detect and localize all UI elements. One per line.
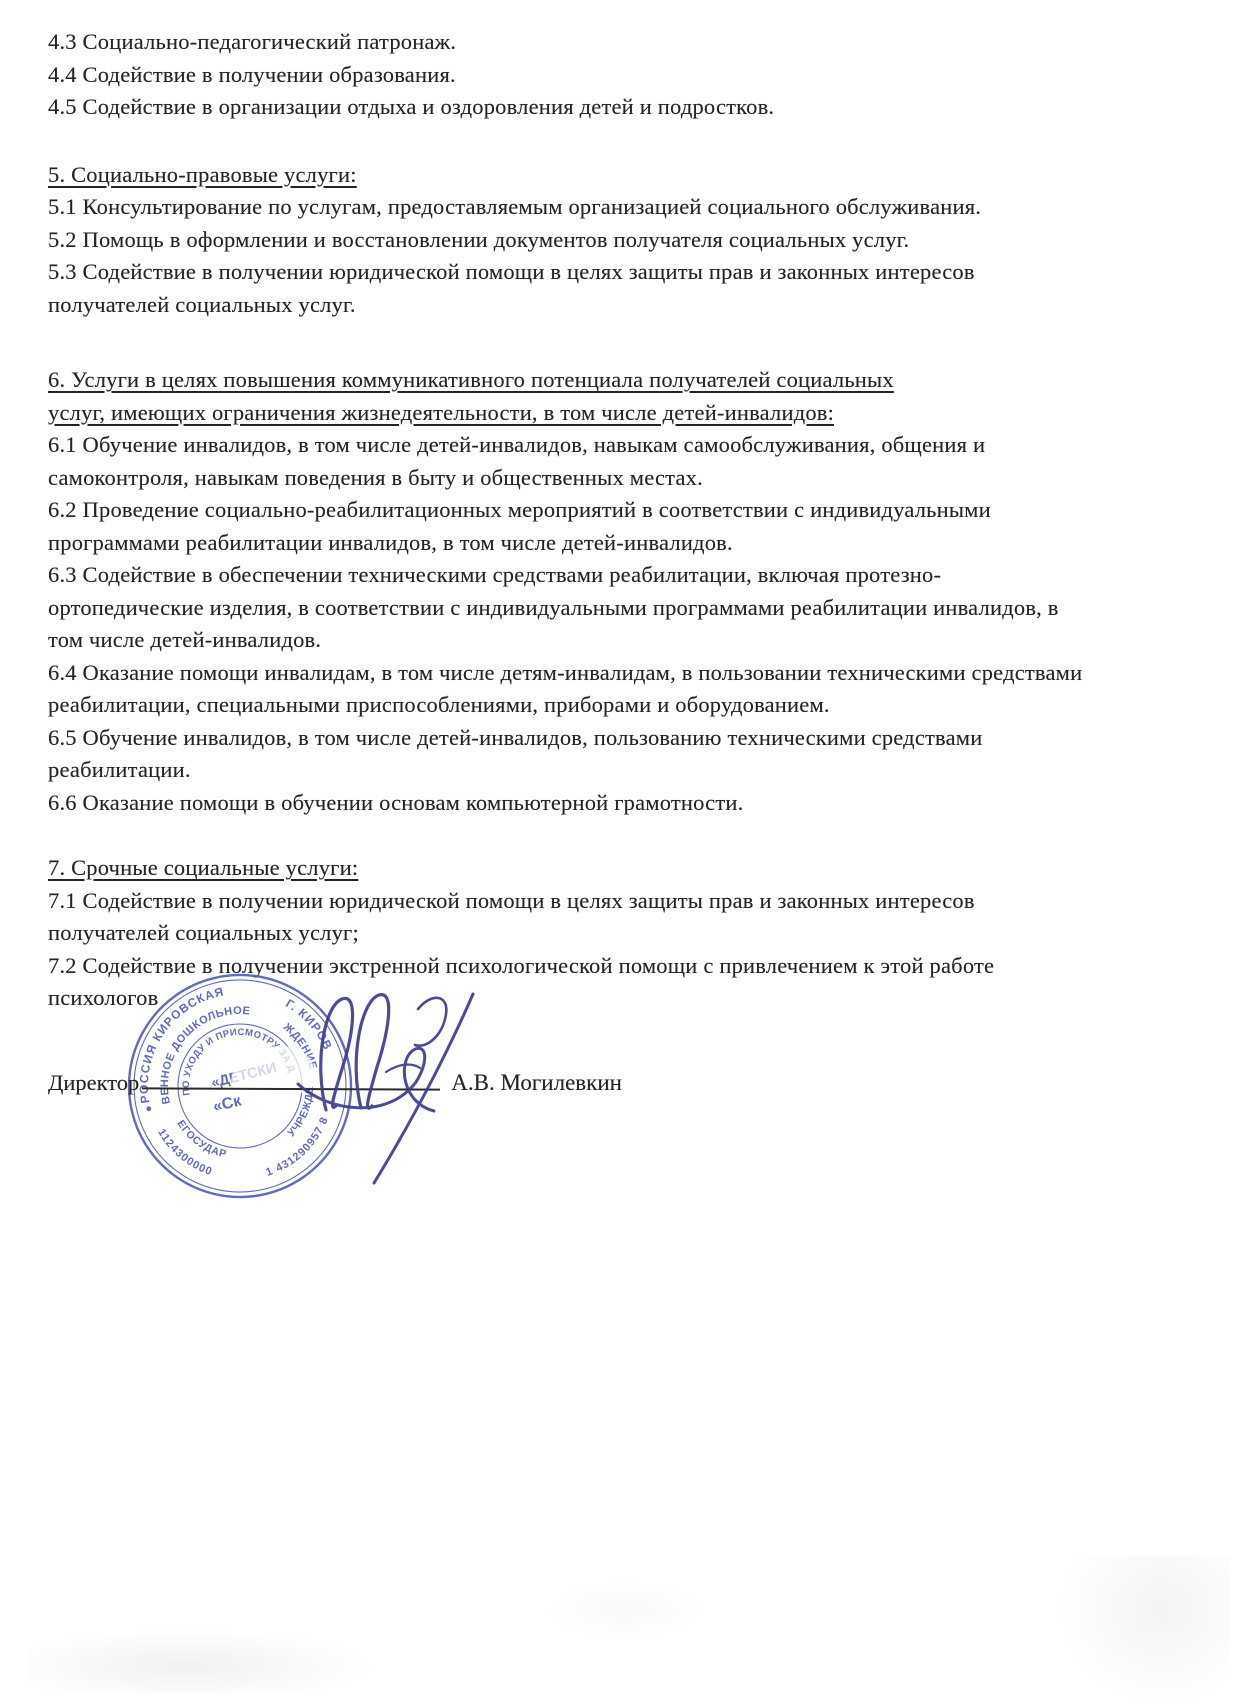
document-body: 4.3 Социально-педагогический патронаж. 4…: [48, 26, 1208, 1015]
doc-line: 6.2 Проведение социально-реабилитационны…: [48, 494, 1208, 527]
doc-line: 6.3 Содействие в обеспечении техническим…: [48, 559, 1208, 592]
signature-stroke: [321, 998, 353, 1110]
stamp-separator-dot: [146, 1106, 152, 1112]
section-heading: 7. Срочные социальные услуги:: [48, 852, 1208, 885]
section-heading: услуг, имеющих ограничения жизнедеятельн…: [48, 397, 1208, 430]
doc-line: получателей социальных услуг;: [48, 917, 1208, 950]
doc-line: программами реабилитации инвалидов, в то…: [48, 527, 1208, 560]
doc-line: реабилитации, специальными приспособлени…: [48, 689, 1208, 722]
doc-line: 6.1 Обучение инвалидов, в том числе дете…: [48, 429, 1208, 462]
signature-stroke: [415, 998, 446, 1046]
scan-artifact: [1060, 1556, 1230, 1704]
doc-line: получателей социальных услуг.: [48, 289, 1208, 322]
section-heading: 6. Услуги в целях повышения коммуникатив…: [48, 364, 1208, 397]
doc-line: 5.3 Содействие в получении юридической п…: [48, 256, 1208, 289]
section-heading: 5. Социально-правовые услуги:: [48, 159, 1208, 192]
doc-line: 4.3 Социально-педагогический патронаж.: [48, 26, 1208, 59]
scan-artifact: [545, 1580, 705, 1640]
doc-line: 7.1 Содействие в получении юридической п…: [48, 885, 1208, 918]
doc-line: 6.4 Оказание помощи инвалидам, в том чис…: [48, 657, 1208, 690]
handwritten-signature: [268, 952, 508, 1202]
doc-line: 6.6 Оказание помощи в обучении основам к…: [48, 787, 1208, 820]
doc-line: 5.2 Помощь в оформлении и восстановлении…: [48, 224, 1208, 257]
signature-stroke: [298, 1048, 434, 1111]
scanned-document-page: 4.3 Социально-педагогический патронаж. 4…: [0, 0, 1235, 1704]
doc-line: том числе детей-инвалидов.: [48, 624, 1208, 657]
doc-line: 5.1 Консультирование по услугам, предост…: [48, 191, 1208, 224]
doc-line: самоконтроля, навыкам поведения в быту и…: [48, 462, 1208, 495]
doc-line: реабилитации.: [48, 754, 1208, 787]
signer-role-label: Директор: [48, 1070, 139, 1095]
doc-line: 6.5 Обучение инвалидов, в том числе дете…: [48, 722, 1208, 755]
doc-line: 4.4 Содействие в получении образования.: [48, 59, 1208, 92]
doc-line: 4.5 Содействие в организации отдыха и оз…: [48, 91, 1208, 124]
scan-artifact: [28, 1628, 378, 1692]
signature-stroke: [356, 995, 389, 1109]
doc-line: ортопедические изделия, в соответствии с…: [48, 592, 1208, 625]
